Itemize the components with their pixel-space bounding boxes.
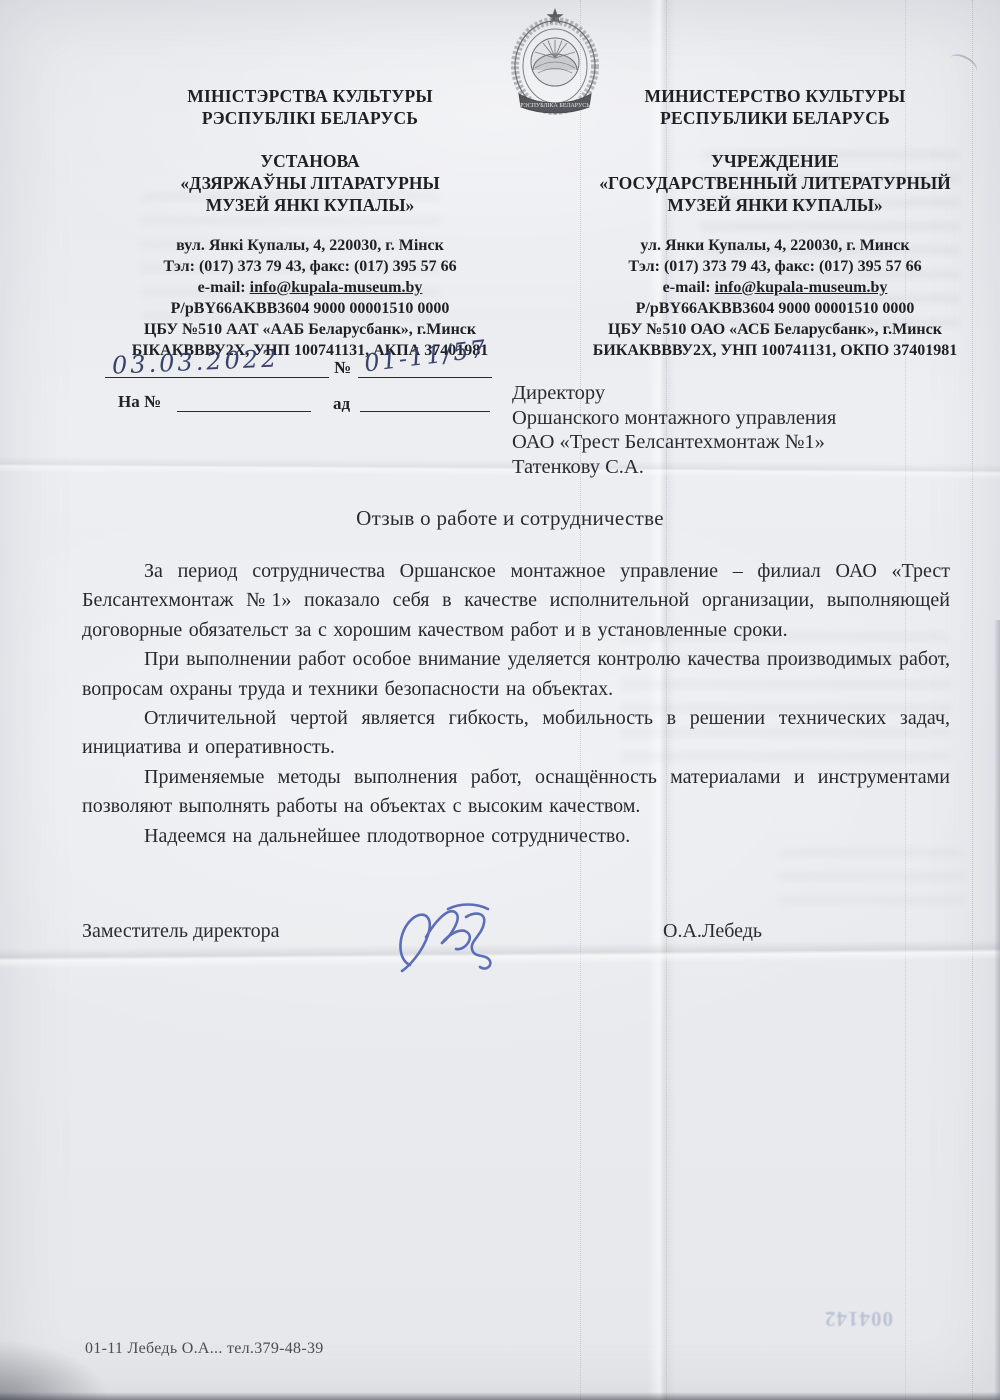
bank-name-line: ЦБУ №510 ОАО «АСБ Беларусбанк», г.Минск (555, 319, 995, 340)
address-line: вул. Янкі Купалы, 4, 220030, г. Мінск (75, 235, 545, 256)
ministry-name-ru: МИНИСТЕРСТВО КУЛЬТУРЫ РЕСПУБЛИКИ БЕЛАРУС… (555, 85, 995, 129)
handwritten-signature (388, 893, 523, 985)
signer-position: Заместитель директора (82, 920, 280, 943)
bank-account-line: Р/рBY66AKBB3604 9000 00001510 0000 (555, 298, 995, 319)
bleedthrough-number: 004142 (793, 1306, 893, 1331)
addressee-position: Директору (512, 381, 982, 406)
institution-line: УЧРЕЖДЕНИЕ (555, 150, 995, 172)
paragraph: Отличительной чертой является гибкость, … (82, 704, 950, 763)
scan-edge-shadow (0, 1340, 110, 1400)
institution-line: МУЗЕЙ ЯНКІ КУПАЛЫ» (75, 194, 545, 216)
phone-line: Тэл: (017) 373 79 43, факс: (017) 395 57… (555, 256, 995, 277)
email-line: e-mail: info@kupala-museum.by (75, 277, 545, 298)
institution-name-ru: УЧРЕЖДЕНИЕ «ГОСУДАРСТВЕННЫЙ ЛИТЕРАТУРНЫЙ… (555, 150, 995, 216)
handwritten-date: 03.03.2022 (111, 344, 279, 379)
addressee-name: Татенкову С.А. (512, 455, 982, 480)
from-date-label: ад (333, 394, 350, 414)
ministry-name-by: МІНІСТЭРСТВА КУЛЬТУРЫ РЭСПУБЛІКІ БЕЛАРУС… (75, 85, 545, 129)
address-line: ул. Янки Купалы, 4, 220030, г. Минск (555, 235, 995, 256)
email-address: info@kupala-museum.by (250, 279, 423, 296)
from-date-underline (360, 411, 490, 412)
paragraph: При выполнении работ особое внимание уде… (82, 645, 950, 704)
phone-line: Тэл: (017) 373 79 43, факс: (017) 395 57… (75, 256, 545, 277)
paragraph: За период сотрудничества Оршанское монта… (82, 557, 950, 645)
addressee-company: ОАО «Трест Белсантехмонтаж №1» (512, 430, 982, 455)
addressee-block: Директору Оршанского монтажного управлен… (512, 381, 982, 479)
ministry-line: РЭСПУБЛІКІ БЕЛАРУСЬ (75, 107, 545, 129)
on-number-label: На № (118, 392, 161, 412)
paragraph: Надеемся на дальнейшее плодотворное сотр… (82, 822, 950, 851)
bleedthrough-smudge (778, 848, 963, 910)
scanned-letter-page: 004142 РЭСПУБЛІКА БЕЛАРУСЬ МІНІСТЭРСТВА … (0, 0, 1000, 1400)
incoming-number-underline (177, 411, 311, 412)
scan-edge-shadow (0, 1392, 1000, 1400)
addressee-organization: Оршанского монтажного управления (512, 406, 982, 431)
ministry-line: МІНІСТЭРСТВА КУЛЬТУРЫ (75, 85, 545, 107)
bank-account-line: Р/рBY66AKBB3604 9000 00001510 0000 (75, 298, 545, 319)
contact-block-ru: ул. Янки Купалы, 4, 220030, г. Минск Тэл… (555, 235, 995, 361)
email-line: e-mail: info@kupala-museum.by (555, 277, 995, 298)
ministry-line: РЕСПУБЛИКИ БЕЛАРУСЬ (555, 107, 995, 129)
header-right-russian: МИНИСТЕРСТВО КУЛЬТУРЫ РЕСПУБЛИКИ БЕЛАРУС… (555, 85, 995, 361)
signer-name: О.А.Лебедь (663, 920, 762, 943)
institution-line: «ДЗЯРЖАЎНЫ ЛІТАРАТУРНЫ (75, 172, 545, 194)
executor-footer-note: 01-11 Лебедь О.А... тел.379-48-39 (85, 1340, 324, 1358)
header-left-belarusian: МІНІСТЭРСТВА КУЛЬТУРЫ РЭСПУБЛІКІ БЕЛАРУС… (75, 85, 545, 361)
email-address: info@kupala-museum.by (715, 279, 888, 296)
letter-body: За период сотрудничества Оршанское монта… (82, 557, 950, 851)
email-label: e-mail: (198, 279, 250, 296)
paragraph: Применяемые методы выполнения работ, осн… (82, 763, 950, 822)
institution-line: «ГОСУДАРСТВЕННЫЙ ЛИТЕРАТУРНЫЙ (555, 172, 995, 194)
institution-name-by: УСТАНОВА «ДЗЯРЖАЎНЫ ЛІТАРАТУРНЫ МУЗЕЙ ЯН… (75, 150, 545, 216)
scan-edge-shadow (994, 620, 1000, 1400)
institution-line: УСТАНОВА (75, 150, 545, 172)
number-sign-label: № (334, 358, 351, 378)
date-underline (105, 377, 329, 378)
registration-codes-line: БИКАКВВВУ2Х, УНП 100741131, ОКПО 3740198… (555, 340, 995, 361)
ministry-line: МИНИСТЕРСТВО КУЛЬТУРЫ (555, 85, 995, 107)
number-underline (358, 377, 492, 378)
document-title: Отзыв о работе и сотрудничестве (80, 506, 940, 531)
institution-line: МУЗЕЙ ЯНКИ КУПАЛЫ» (555, 194, 995, 216)
email-label: e-mail: (663, 279, 715, 296)
scan-scratch-mark (946, 50, 981, 80)
